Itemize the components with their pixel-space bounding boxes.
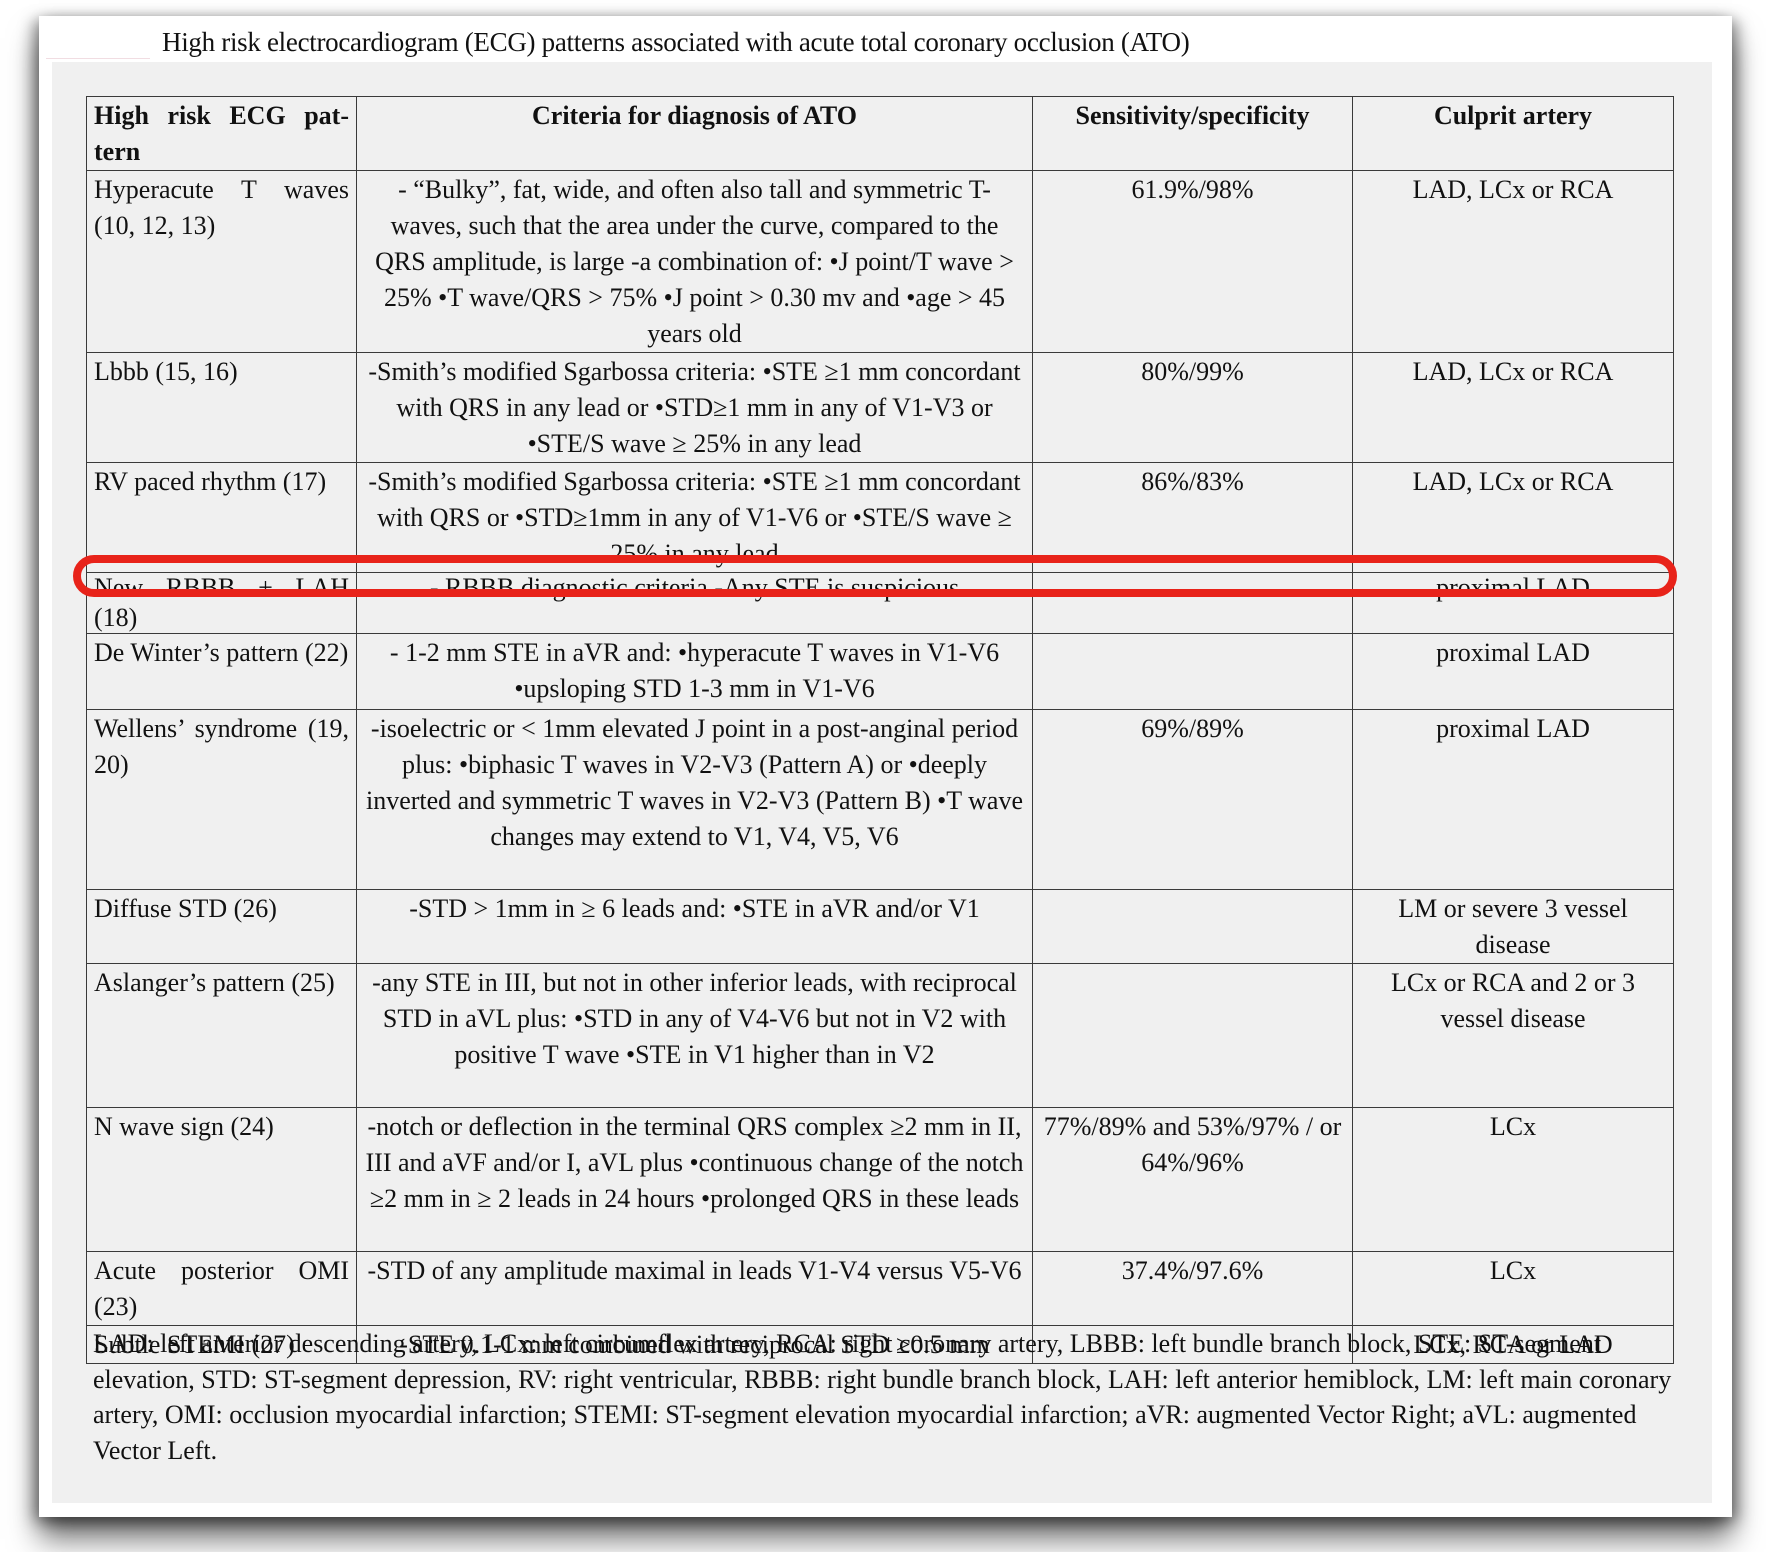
cell-pattern: Hyperacute T waves (10, 12, 13) (87, 171, 357, 353)
title-rule (46, 58, 150, 59)
cell-pattern: RV paced rhythm (17) (87, 463, 357, 573)
cell-sensitivity-specificity: 69%/89% (1033, 710, 1353, 890)
cell-pattern: N wave sign (24) (87, 1108, 357, 1252)
cell-sensitivity-specificity: 61.9%/98% (1033, 171, 1353, 353)
table-row: N wave sign (24)-notch or deflection in … (87, 1108, 1674, 1252)
table-title: High risk electrocardiogram (ECG) patter… (162, 24, 1189, 60)
header-sensitivity-specificity: Sensitivity/specificity (1033, 97, 1353, 171)
cell-criteria: - RBBB diagnostic criteria -Any STE is s… (357, 573, 1033, 634)
cell-pattern: Acute posterior OMI (23) (87, 1252, 357, 1326)
cell-culprit-artery: LAD, LCx or RCA (1353, 463, 1674, 573)
cell-criteria: - “Bulky”, fat, wide, and often also tal… (357, 171, 1033, 353)
table-body: Hyperacute T waves (10, 12, 13)- “Bulky”… (87, 171, 1674, 1364)
cell-culprit-artery: LM or severe 3 vessel disease (1353, 890, 1674, 964)
cell-sensitivity-specificity (1033, 573, 1353, 634)
cell-criteria: -Smith’s modified Sgarbossa criteria: •S… (357, 353, 1033, 463)
cell-culprit-artery: LCx or RCA and 2 or 3 vessel disease (1353, 964, 1674, 1108)
table-row: Hyperacute T waves (10, 12, 13)- “Bulky”… (87, 171, 1674, 353)
table-row: De Winter’s pattern (22)- 1-2 mm STE in … (87, 634, 1674, 710)
table-row-highlighted: New RBBB ± LAH (18)- RBBB diagnostic cri… (87, 573, 1674, 634)
table-row: Wellens’ syndrome (19, 20)-isoelectric o… (87, 710, 1674, 890)
table-row: Diffuse STD (26)-STD > 1mm in ≥ 6 leads … (87, 890, 1674, 964)
cell-culprit-artery: proximal LAD (1353, 573, 1674, 634)
cell-culprit-artery: LCx (1353, 1252, 1674, 1326)
cell-criteria: -STD of any amplitude maximal in leads V… (357, 1252, 1033, 1326)
cell-culprit-artery: proximal LAD (1353, 710, 1674, 890)
table-row: Aslanger’s pattern (25)-any STE in III, … (87, 964, 1674, 1108)
cell-pattern: Diffuse STD (26) (87, 890, 357, 964)
cell-pattern: Wellens’ syndrome (19, 20) (87, 710, 357, 890)
abbreviations-footnote: LAD: left anterior descending artery, LC… (93, 1326, 1693, 1468)
ecg-patterns-table: High risk ECG pat-tern Criteria for diag… (86, 96, 1674, 1364)
cell-criteria: - 1-2 mm STE in aVR and: •hyperacute T w… (357, 634, 1033, 710)
cell-sensitivity-specificity: 77%/89% and 53%/97% / or 64%/96% (1033, 1108, 1353, 1252)
cell-sensitivity-specificity (1033, 890, 1353, 964)
table-row: Lbbb (15, 16)-Smith’s modified Sgarbossa… (87, 353, 1674, 463)
cell-criteria: -any STE in III, but not in other inferi… (357, 964, 1033, 1108)
cell-pattern: Lbbb (15, 16) (87, 353, 357, 463)
cell-culprit-artery: LAD, LCx or RCA (1353, 171, 1674, 353)
cell-culprit-artery: LAD, LCx or RCA (1353, 353, 1674, 463)
cell-sensitivity-specificity: 37.4%/97.6% (1033, 1252, 1353, 1326)
cell-sensitivity-specificity (1033, 964, 1353, 1108)
header-criteria: Criteria for diagnosis of ATO (357, 97, 1033, 171)
cell-criteria: -notch or deflection in the terminal QRS… (357, 1108, 1033, 1252)
cell-culprit-artery: proximal LAD (1353, 634, 1674, 710)
table-row: Acute posterior OMI (23)-STD of any ampl… (87, 1252, 1674, 1326)
cell-pattern: Aslanger’s pattern (25) (87, 964, 357, 1108)
cell-sensitivity-specificity: 80%/99% (1033, 353, 1353, 463)
cell-criteria: -STD > 1mm in ≥ 6 leads and: •STE in aVR… (357, 890, 1033, 964)
cell-culprit-artery: LCx (1353, 1108, 1674, 1252)
cell-criteria: -Smith’s modified Sgarbossa criteria: •S… (357, 463, 1033, 573)
cell-criteria: -isoelectric or < 1mm elevated J point i… (357, 710, 1033, 890)
header-culprit-artery: Culprit artery (1353, 97, 1674, 171)
header-pattern: High risk ECG pat-tern (87, 97, 357, 171)
table-header-row: High risk ECG pat-tern Criteria for diag… (87, 97, 1674, 171)
cell-pattern: De Winter’s pattern (22) (87, 634, 357, 710)
cell-sensitivity-specificity (1033, 634, 1353, 710)
cell-sensitivity-specificity: 86%/83% (1033, 463, 1353, 573)
table-row: RV paced rhythm (17)-Smith’s modified Sg… (87, 463, 1674, 573)
cell-pattern: New RBBB ± LAH (18) (87, 573, 357, 634)
